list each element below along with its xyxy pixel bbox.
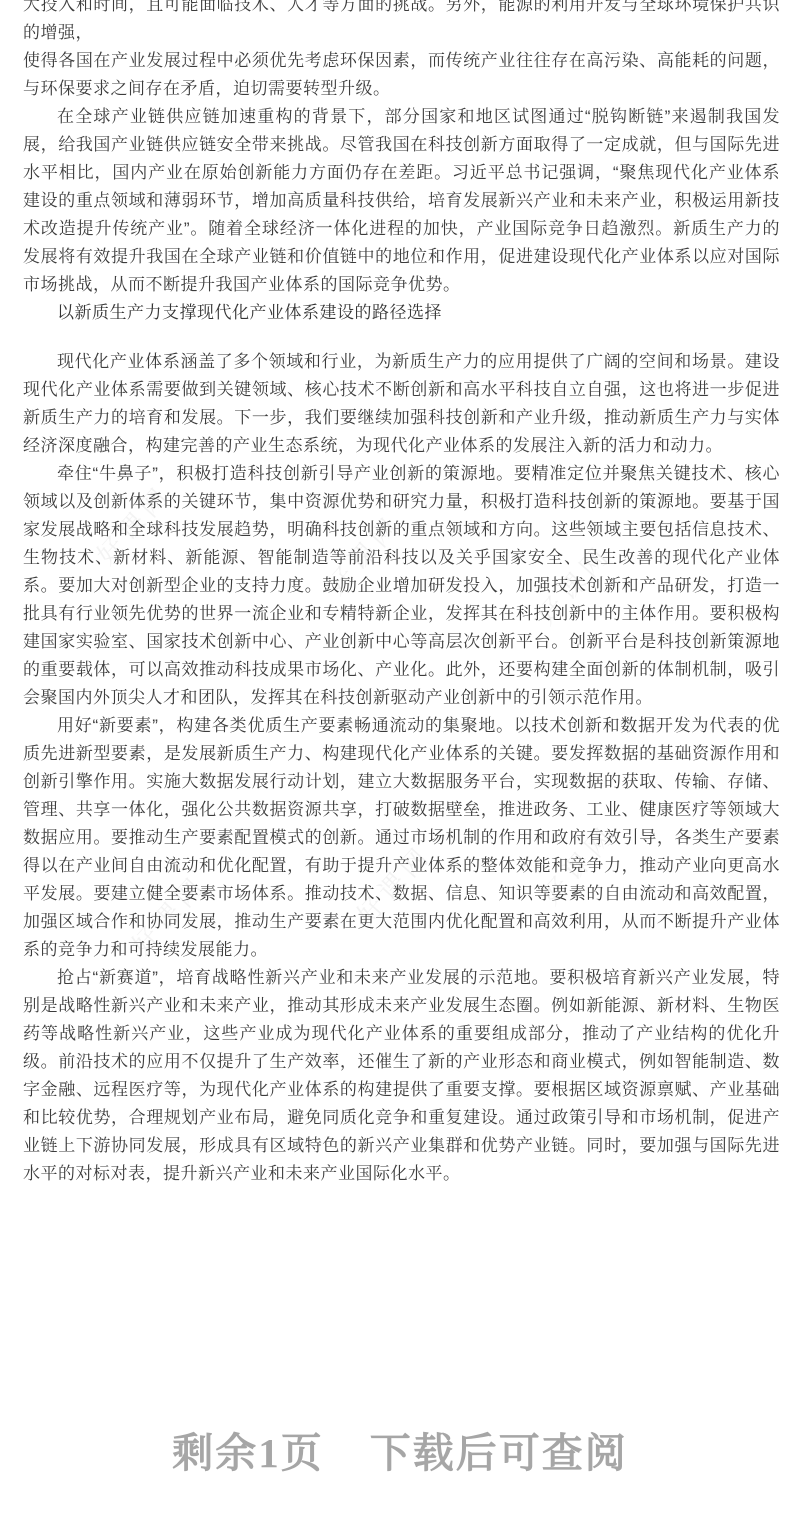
paragraph: 在全球产业链供应链加速重构的背景下，部分国家和地区试图通过“脱钩断链”来遏制我国… (23, 103, 780, 299)
paragraph-continuation-top: 大投入和时间，且可能面临技术、人才等方面的挑战。另外，能源的利用开发与全球环境保… (23, 0, 780, 47)
paragraph: 抢占“新赛道”，培育战略性新兴产业和未来产业发展的示范地。要积极培育新兴产业发展… (23, 964, 780, 1188)
paragraph: 用好“新要素”，构建各类优质生产要素畅通流动的集聚地。以技术创新和数据开发为代表… (23, 712, 780, 964)
document-text-area: 大投入和时间，且可能面临技术、人才等方面的挑战。另外，能源的利用开发与全球环境保… (0, 0, 800, 1188)
paragraph: 现代化产业体系涵盖了多个领域和行业，为新质生产力的应用提供了广阔的空间和场景。建… (23, 348, 780, 460)
paragraph: 使得各国在产业发展过程中必须优先考虑环保因素，而传统产业往往存在高污染、高能耗的… (23, 47, 780, 103)
section-heading: 以新质生产力支撑现代化产业体系建设的路径选择 (23, 299, 780, 327)
paragraph: 牵住“牛鼻子”，积极打造科技创新引导产业创新的策源地。要精准定位并聚焦关键技术、… (23, 460, 780, 712)
remaining-pages-banner: 剩余1页 下载后可查阅 (0, 1420, 800, 1479)
remaining-pages-text: 剩余1页 (172, 1420, 324, 1479)
document-preview-page: 好课网 好课网 好课网 好课网 好课网 好课网 大投入和时间，且可能面临技术、人… (0, 0, 800, 1520)
download-hint-text: 下载后可查阅 (370, 1420, 628, 1479)
